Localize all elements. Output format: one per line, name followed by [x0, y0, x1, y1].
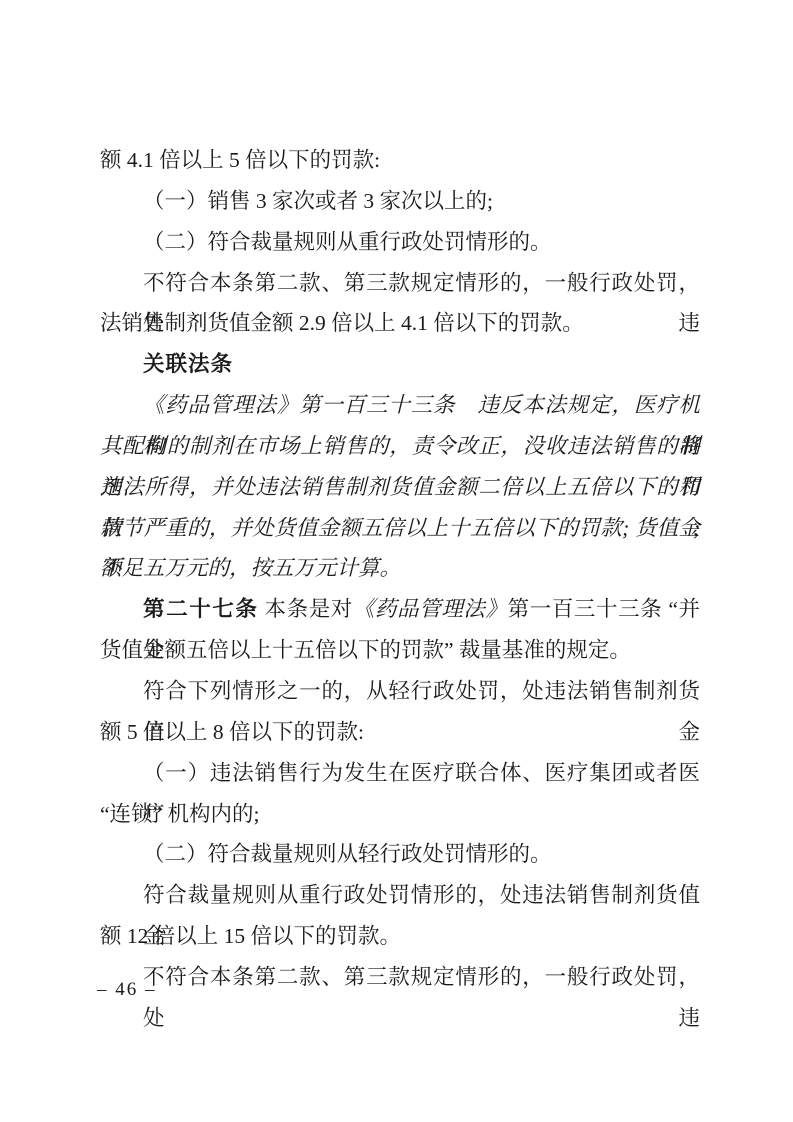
bold-heading-text: 关联法条 [143, 352, 233, 376]
text-line: 不符合本条第二款、第三款规定情形的，一般行政处罚，处违 [100, 957, 700, 998]
body-text: 不符合本条第二款、第三款规定情形的，一般行政处罚，处违 [143, 965, 700, 1030]
body-text: 货值金额五倍以上十五倍以下的罚款” 裁量基准的规定。 [100, 638, 631, 662]
body-text: （二）符合裁量规则从轻行政处罚情形的。 [143, 842, 552, 866]
body-text: 额 5 倍以上 8 倍以下的罚款: [100, 720, 364, 744]
text-line: （二）符合裁量规则从轻行政处罚情形的。 [100, 834, 700, 875]
body-text: （二）符合裁量规则从重行政处罚情形的。 [143, 230, 552, 254]
text-line: 《药品管理法》第一百三十三条 违反本法规定，医疗机构将 [100, 385, 700, 426]
cited-law-text: 《药品管理法》 [353, 597, 508, 621]
text-line: （一）违法销售行为发生在医疗联合体、医疗集团或者医疗 [100, 753, 700, 794]
text-line: 违法所得，并处违法销售制剂货值金额二倍以上五倍以下的罚款; [100, 467, 700, 508]
text-line: 第二十七条 本条是对《药品管理法》第一百三十三条 “并处 [100, 589, 700, 630]
text-line: 不符合本条第二款、第三款规定情形的，一般行政处罚，处违 [100, 263, 700, 304]
page-body: 额 4.1 倍以上 5 倍以下的罚款:（一）销售 3 家次或者 3 家次以上的;… [100, 140, 700, 998]
body-text: 额 4.1 倍以上 5 倍以下的罚款: [100, 148, 380, 172]
text-line: （一）销售 3 家次或者 3 家次以上的; [100, 181, 700, 222]
text-line: 额 4.1 倍以上 5 倍以下的罚款: [100, 140, 700, 181]
text-line: 额 12 倍以上 15 倍以下的罚款。 [100, 916, 700, 957]
text-line: 其配制的制剂在市场上销售的，责令改正，没收违法销售的制剂和 [100, 426, 700, 467]
text-line: 货值金额五倍以上十五倍以下的罚款” 裁量基准的规定。 [100, 630, 700, 671]
text-line: 情节严重的，并处货值金额五倍以上十五倍以下的罚款; 货值金额 [100, 508, 700, 549]
body-text: “连锁” 机构内的; [100, 802, 259, 826]
text-line: 不足五万元的，按五万元计算。 [100, 548, 700, 589]
body-text: 法销售制剂货值金额 2.9 倍以上 4.1 倍以下的罚款。 [100, 311, 584, 335]
document-page: 额 4.1 倍以上 5 倍以下的罚款:（一）销售 3 家次或者 3 家次以上的;… [0, 0, 793, 1122]
cited-law-text: 不足五万元的，按五万元计算。 [100, 556, 401, 580]
text-line: （二）符合裁量规则从重行政处罚情形的。 [100, 222, 700, 263]
text-line: 关联法条 [100, 344, 700, 385]
body-text: （一）销售 3 家次或者 3 家次以上的; [143, 189, 493, 213]
text-line: 符合下列情形之一的，从轻行政处罚，处违法销售制剂货值金 [100, 671, 700, 712]
page-number: – 46 – [97, 979, 157, 1001]
bold-heading-text: 第二十七条 [143, 597, 259, 621]
text-line: 符合裁量规则从重行政处罚情形的，处违法销售制剂货值金 [100, 875, 700, 916]
body-text: 本条是对 [259, 597, 353, 621]
body-text: 额 12 倍以上 15 倍以下的罚款。 [100, 924, 401, 948]
text-line: “连锁” 机构内的; [100, 794, 700, 835]
